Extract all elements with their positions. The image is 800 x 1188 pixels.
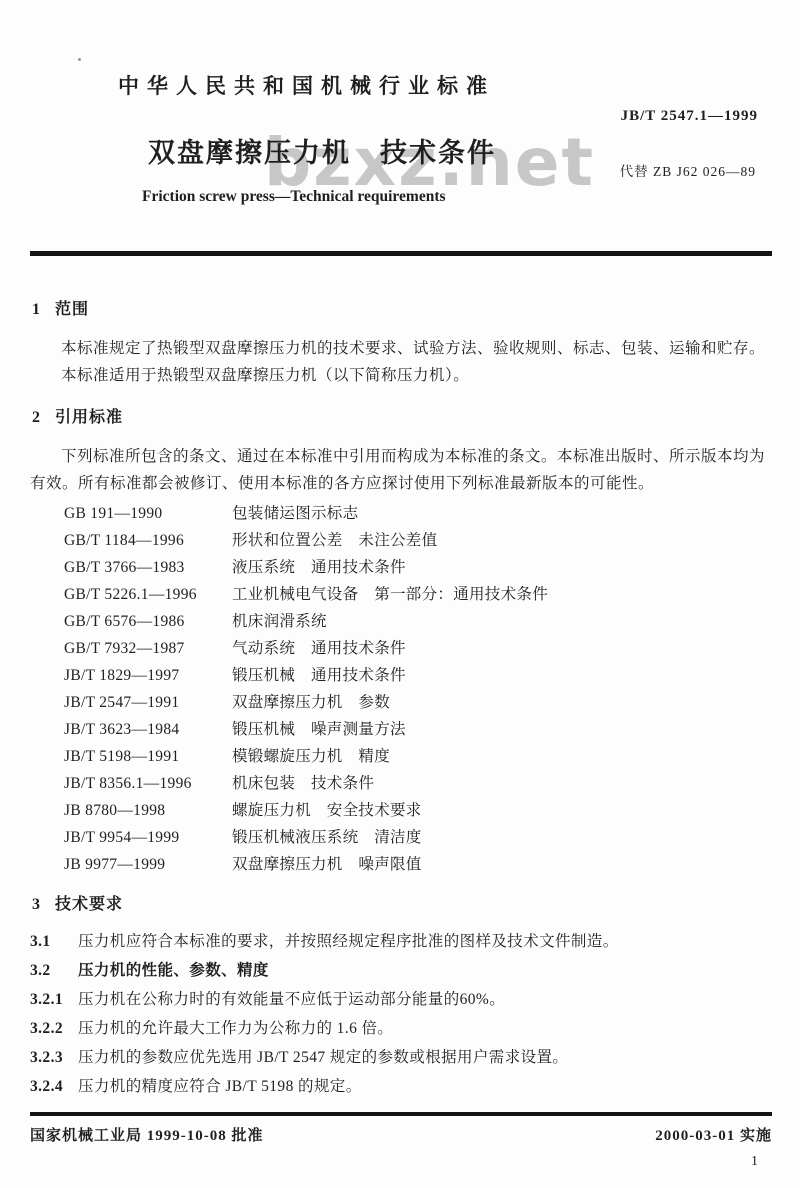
clause-number: 3.2.2 bbox=[30, 1014, 64, 1043]
section-heading-requirements: 3技术要求 bbox=[32, 891, 772, 918]
reference-title: 液压系统 通用技术条件 bbox=[232, 554, 772, 581]
clause-row: 3.2.3压力机的参数应优先选用 JB/T 2547 规定的参数或根据用户需求设… bbox=[30, 1043, 772, 1072]
reference-code: JB/T 1829—1997 bbox=[64, 662, 232, 689]
reference-title: 工业机械电气设备 第一部分：通用技术条件 bbox=[232, 581, 772, 608]
requirements-clauses: 3.1压力机应符合本标准的要求，并按照经规定程序批准的图样及技术文件制造。 3.… bbox=[30, 927, 772, 1101]
reference-code: GB/T 1184—1996 bbox=[64, 527, 232, 554]
header-rule bbox=[30, 251, 772, 256]
reference-row: GB/T 3766—1983液压系统 通用技术条件 bbox=[64, 554, 772, 581]
section-title: 技术要求 bbox=[55, 896, 123, 913]
reference-code: GB 191—1990 bbox=[64, 500, 232, 527]
reference-title: 锻压机械液压系统 清洁度 bbox=[232, 824, 772, 851]
reference-title: 双盘摩擦压力机 参数 bbox=[232, 689, 772, 716]
footer: 国家机械工业局 1999-10-08 批准 2000-03-01 实施 bbox=[30, 1124, 772, 1145]
reference-row: JB/T 2547—1991双盘摩擦压力机 参数 bbox=[64, 689, 772, 716]
reference-title: 模锻螺旋压力机 精度 bbox=[232, 743, 772, 770]
replaces-note: 代替 ZB J62 026—89 bbox=[620, 160, 756, 180]
reference-title: 锻压机械 噪声测量方法 bbox=[232, 716, 772, 743]
section-title: 引用标准 bbox=[55, 409, 123, 426]
reference-row: JB 9977—1999双盘摩擦压力机 噪声限值 bbox=[64, 851, 772, 878]
standard-org-line: 中华人民共和国机械行业标准 bbox=[118, 70, 495, 100]
section-heading-scope: 1范围 bbox=[32, 296, 772, 323]
clause-number: 3.2.3 bbox=[30, 1043, 64, 1072]
reference-title: 机床包装 技术条件 bbox=[232, 770, 772, 797]
clause-row: 3.2.2压力机的允许最大工作力为公称力的 1.6 倍。 bbox=[30, 1014, 772, 1043]
clause-text: 压力机在公称力时的有效能量不应低于运动部分能量的60%。 bbox=[78, 985, 505, 1014]
reference-row: JB 8780—1998螺旋压力机 安全技术要求 bbox=[64, 797, 772, 824]
document-title-english: Friction screw press—Technical requireme… bbox=[142, 188, 446, 206]
reference-title: 机床润滑系统 bbox=[232, 608, 772, 635]
reference-row: JB/T 1829—1997锻压机械 通用技术条件 bbox=[64, 662, 772, 689]
reference-code: JB/T 5198—1991 bbox=[64, 743, 232, 770]
footer-rule bbox=[30, 1112, 772, 1116]
clause-number: 3.2.1 bbox=[30, 985, 64, 1014]
clause-text: 压力机的参数应优先选用 JB/T 2547 规定的参数或根据用户需求设置。 bbox=[78, 1043, 568, 1072]
clause-text: 压力机的精度应符合 JB/T 5198 的规定。 bbox=[78, 1072, 362, 1101]
reference-row: GB/T 7932—1987气动系统 通用技术条件 bbox=[64, 635, 772, 662]
document-page: 中华人民共和国机械行业标准 JB/T 2547.1—1999 bzxz.net … bbox=[0, 0, 800, 1188]
reference-title: 双盘摩擦压力机 噪声限值 bbox=[232, 851, 772, 878]
reference-row: JB/T 8356.1—1996机床包装 技术条件 bbox=[64, 770, 772, 797]
reference-title: 螺旋压力机 安全技术要求 bbox=[232, 797, 772, 824]
section-title: 范围 bbox=[55, 301, 89, 318]
section-heading-references: 2引用标准 bbox=[32, 404, 772, 431]
section-number: 1 bbox=[32, 301, 41, 318]
document-title-chinese: 双盘摩擦压力机 技术条件 bbox=[148, 131, 496, 170]
section-number: 2 bbox=[32, 409, 41, 426]
clause-text: 压力机的性能、参数、精度 bbox=[78, 956, 269, 985]
reference-title: 形状和位置公差 未注公差值 bbox=[232, 527, 772, 554]
section-number: 3 bbox=[32, 896, 41, 913]
clause-text: 压力机的允许最大工作力为公称力的 1.6 倍。 bbox=[78, 1014, 393, 1043]
page-number: 1 bbox=[751, 1154, 758, 1170]
reference-code: JB/T 8356.1—1996 bbox=[64, 770, 232, 797]
reference-code: JB/T 3623—1984 bbox=[64, 716, 232, 743]
references-intro: 下列标准所包含的条文、通过在本标准中引用而构成为本标准的条文。本标准出版时、所示… bbox=[30, 443, 772, 497]
clause-row: 3.1压力机应符合本标准的要求，并按照经规定程序批准的图样及技术文件制造。 bbox=[30, 927, 772, 956]
clause-number: 3.2 bbox=[30, 956, 64, 985]
scope-paragraph-2: 本标准适用于热锻型双盘摩擦压力机（以下简称压力机）。 bbox=[30, 362, 772, 389]
reference-row: JB/T 3623—1984锻压机械 噪声测量方法 bbox=[64, 716, 772, 743]
scan-speckle bbox=[78, 58, 81, 61]
footer-approval: 国家机械工业局 1999-10-08 批准 bbox=[30, 1124, 264, 1145]
reference-title: 包装储运图示标志 bbox=[232, 500, 772, 527]
reference-row: GB/T 6576—1986机床润滑系统 bbox=[64, 608, 772, 635]
reference-code: JB/T 2547—1991 bbox=[64, 689, 232, 716]
clause-row: 3.2.1压力机在公称力时的有效能量不应低于运动部分能量的60%。 bbox=[30, 985, 772, 1014]
reference-code: GB/T 7932—1987 bbox=[64, 635, 232, 662]
footer-implementation: 2000-03-01 实施 bbox=[655, 1124, 772, 1145]
reference-code: JB 8780—1998 bbox=[64, 797, 232, 824]
references-list: GB 191—1990包装储运图示标志 GB/T 1184—1996形状和位置公… bbox=[64, 500, 772, 878]
reference-code: GB/T 5226.1—1996 bbox=[64, 581, 232, 608]
standard-code: JB/T 2547.1—1999 bbox=[621, 108, 758, 125]
reference-row: JB/T 9954—1999锻压机械液压系统 清洁度 bbox=[64, 824, 772, 851]
document-body: 1范围 本标准规定了热锻型双盘摩擦压力机的技术要求、试验方法、验收规则、标志、包… bbox=[30, 270, 772, 1101]
reference-code: GB/T 6576—1986 bbox=[64, 608, 232, 635]
clause-text: 压力机应符合本标准的要求，并按照经规定程序批准的图样及技术文件制造。 bbox=[78, 927, 619, 956]
reference-code: JB 9977—1999 bbox=[64, 851, 232, 878]
clause-number: 3.1 bbox=[30, 927, 64, 956]
clause-row: 3.2.4压力机的精度应符合 JB/T 5198 的规定。 bbox=[30, 1072, 772, 1101]
reference-row: JB/T 5198—1991模锻螺旋压力机 精度 bbox=[64, 743, 772, 770]
clause-row: 3.2压力机的性能、参数、精度 bbox=[30, 956, 772, 985]
reference-row: GB/T 5226.1—1996工业机械电气设备 第一部分：通用技术条件 bbox=[64, 581, 772, 608]
reference-code: GB/T 3766—1983 bbox=[64, 554, 232, 581]
reference-title: 气动系统 通用技术条件 bbox=[232, 635, 772, 662]
reference-row: GB 191—1990包装储运图示标志 bbox=[64, 500, 772, 527]
reference-row: GB/T 1184—1996形状和位置公差 未注公差值 bbox=[64, 527, 772, 554]
reference-code: JB/T 9954—1999 bbox=[64, 824, 232, 851]
scope-paragraph-1: 本标准规定了热锻型双盘摩擦压力机的技术要求、试验方法、验收规则、标志、包装、运输… bbox=[30, 335, 772, 362]
reference-title: 锻压机械 通用技术条件 bbox=[232, 662, 772, 689]
clause-number: 3.2.4 bbox=[30, 1072, 64, 1101]
